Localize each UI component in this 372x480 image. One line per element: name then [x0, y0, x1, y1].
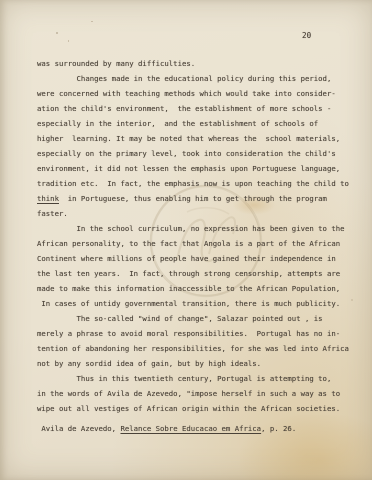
typed-line: in the words of Avila de Azevedo, "impos… [37, 386, 357, 401]
typed-line: merely a phrase to avoid moral responsib… [37, 326, 357, 341]
typed-line: was surrounded by many difficulties. [37, 56, 357, 71]
typed-text: In the school curriculum, no expression … [37, 224, 345, 233]
paper-speck [68, 40, 69, 42]
typed-text: Thus in this twentieth century, Portugal… [37, 374, 331, 383]
typed-line: especially in the interior, and the esta… [37, 116, 357, 131]
typed-line: faster. [37, 206, 357, 221]
typed-text: especially in the interior, and the esta… [37, 119, 318, 128]
typed-text: Continent where millions of people have … [37, 254, 336, 263]
typed-text: merely a phrase to avoid moral responsib… [37, 329, 340, 338]
underlined-text: think [37, 194, 59, 203]
typed-text: environment, it did not lessen the empha… [37, 164, 340, 173]
page-number: 20 [302, 31, 311, 40]
typed-line: think in Portuguese, thus enabling him t… [37, 191, 357, 206]
typed-line: not by any sordid idea of gain, but by h… [37, 356, 357, 371]
typed-text: faster. [37, 209, 68, 218]
typed-line: environment, it did not lessen the empha… [37, 161, 357, 176]
typed-line: higher learning. It may be noted that wh… [37, 131, 357, 146]
typed-lines: was surrounded by many difficulties. Cha… [37, 56, 357, 416]
footnote-line: Avila de Azevedo, Relance Sobre Educacao… [37, 421, 357, 436]
typed-line: were concerned with teaching methods whi… [37, 86, 357, 101]
typed-line: made to make this information inaccessib… [37, 281, 357, 296]
typed-text: the last ten years. In fact, through str… [37, 269, 340, 278]
typed-text: The so-called "wind of change", Salazar … [37, 314, 323, 323]
typed-line: The so-called "wind of change", Salazar … [37, 311, 357, 326]
typed-text: African personality, to the fact that An… [37, 239, 340, 248]
typed-text: was surrounded by many difficulties. [37, 59, 195, 68]
typed-text: in the words of Avila de Azevedo, "impos… [37, 389, 340, 398]
typed-line: In cases of untidy governmental transiti… [37, 296, 357, 311]
typed-text: Changes made in the educational policy d… [37, 74, 331, 83]
typed-text: wipe out all vestiges of African origin … [37, 404, 340, 413]
typed-text: ation the child's environment, the estab… [37, 104, 331, 113]
typed-text: not by any sordid idea of gain, but by h… [37, 359, 261, 368]
typed-text: Avila de Azevedo, [37, 424, 120, 433]
typed-line: Changes made in the educational policy d… [37, 71, 357, 86]
typed-text: in Portuguese, thus enabling him to get … [59, 194, 327, 203]
typed-text: tention of abandoning her responsibiliti… [37, 344, 349, 353]
typed-line: ation the child's environment, the estab… [37, 101, 357, 116]
typed-line: the last ten years. In fact, through str… [37, 266, 357, 281]
typed-line: tention of abandoning her responsibiliti… [37, 341, 357, 356]
underlined-text: Relance Sobre Educacao em Africa [120, 424, 261, 433]
typed-text: tradition etc. In fact, the emphasis now… [37, 179, 349, 188]
typed-line: Thus in this twentieth century, Portugal… [37, 371, 357, 386]
typed-line: tradition etc. In fact, the emphasis now… [37, 176, 357, 191]
typed-line: especially on the primary level, took in… [37, 146, 357, 161]
typed-line: In the school curriculum, no expression … [37, 221, 357, 236]
typed-text: were concerned with teaching methods whi… [37, 89, 336, 98]
typed-text: , p. 26. [261, 424, 296, 433]
typed-line: African personality, to the fact that An… [37, 236, 357, 251]
typed-line: wipe out all vestiges of African origin … [37, 401, 357, 416]
paper-speck [56, 32, 58, 34]
typed-text: In cases of untidy governmental transiti… [37, 299, 340, 308]
paper-speck [91, 21, 93, 22]
typed-text: especially on the primary level, took in… [37, 149, 336, 158]
typed-text: higher learning. It may be noted that wh… [37, 134, 340, 143]
manuscript-page: 20 was surrounded by many difficulties. … [0, 0, 372, 480]
typed-line: Continent where millions of people have … [37, 251, 357, 266]
footnote: Avila de Azevedo, Relance Sobre Educacao… [37, 421, 357, 436]
typed-text: made to make this information inaccessib… [37, 284, 340, 293]
